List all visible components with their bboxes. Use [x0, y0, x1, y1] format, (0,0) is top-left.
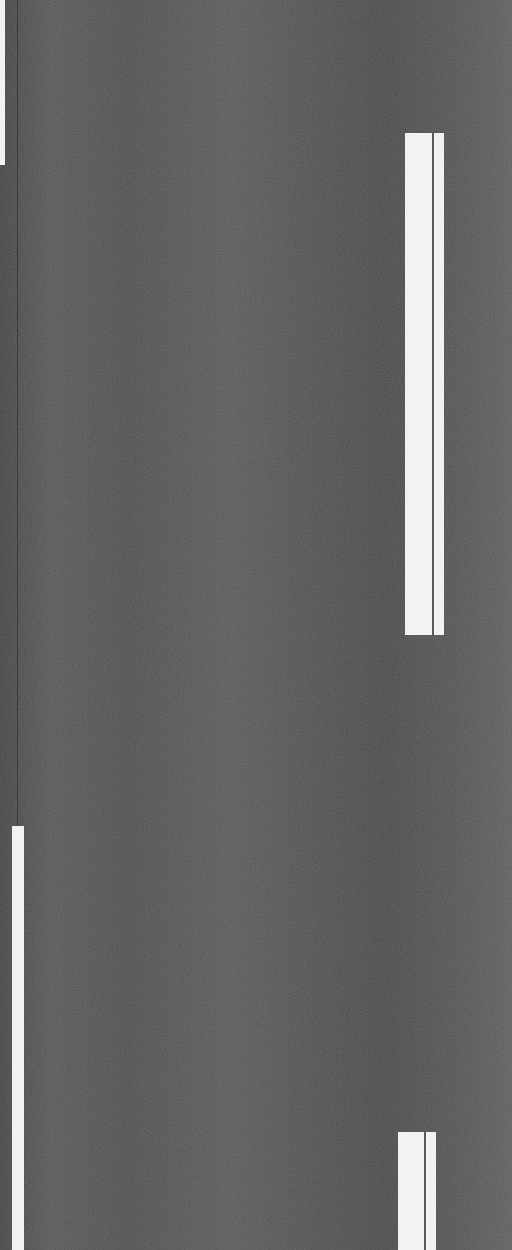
left-lane-line-bottom: [12, 826, 24, 1250]
left-edge-line-top: [0, 0, 5, 165]
right-dashed-lane-line-2: [398, 1132, 436, 1250]
right-dashed-lane-line-1: [405, 133, 444, 635]
road-surface: [0, 0, 512, 1250]
